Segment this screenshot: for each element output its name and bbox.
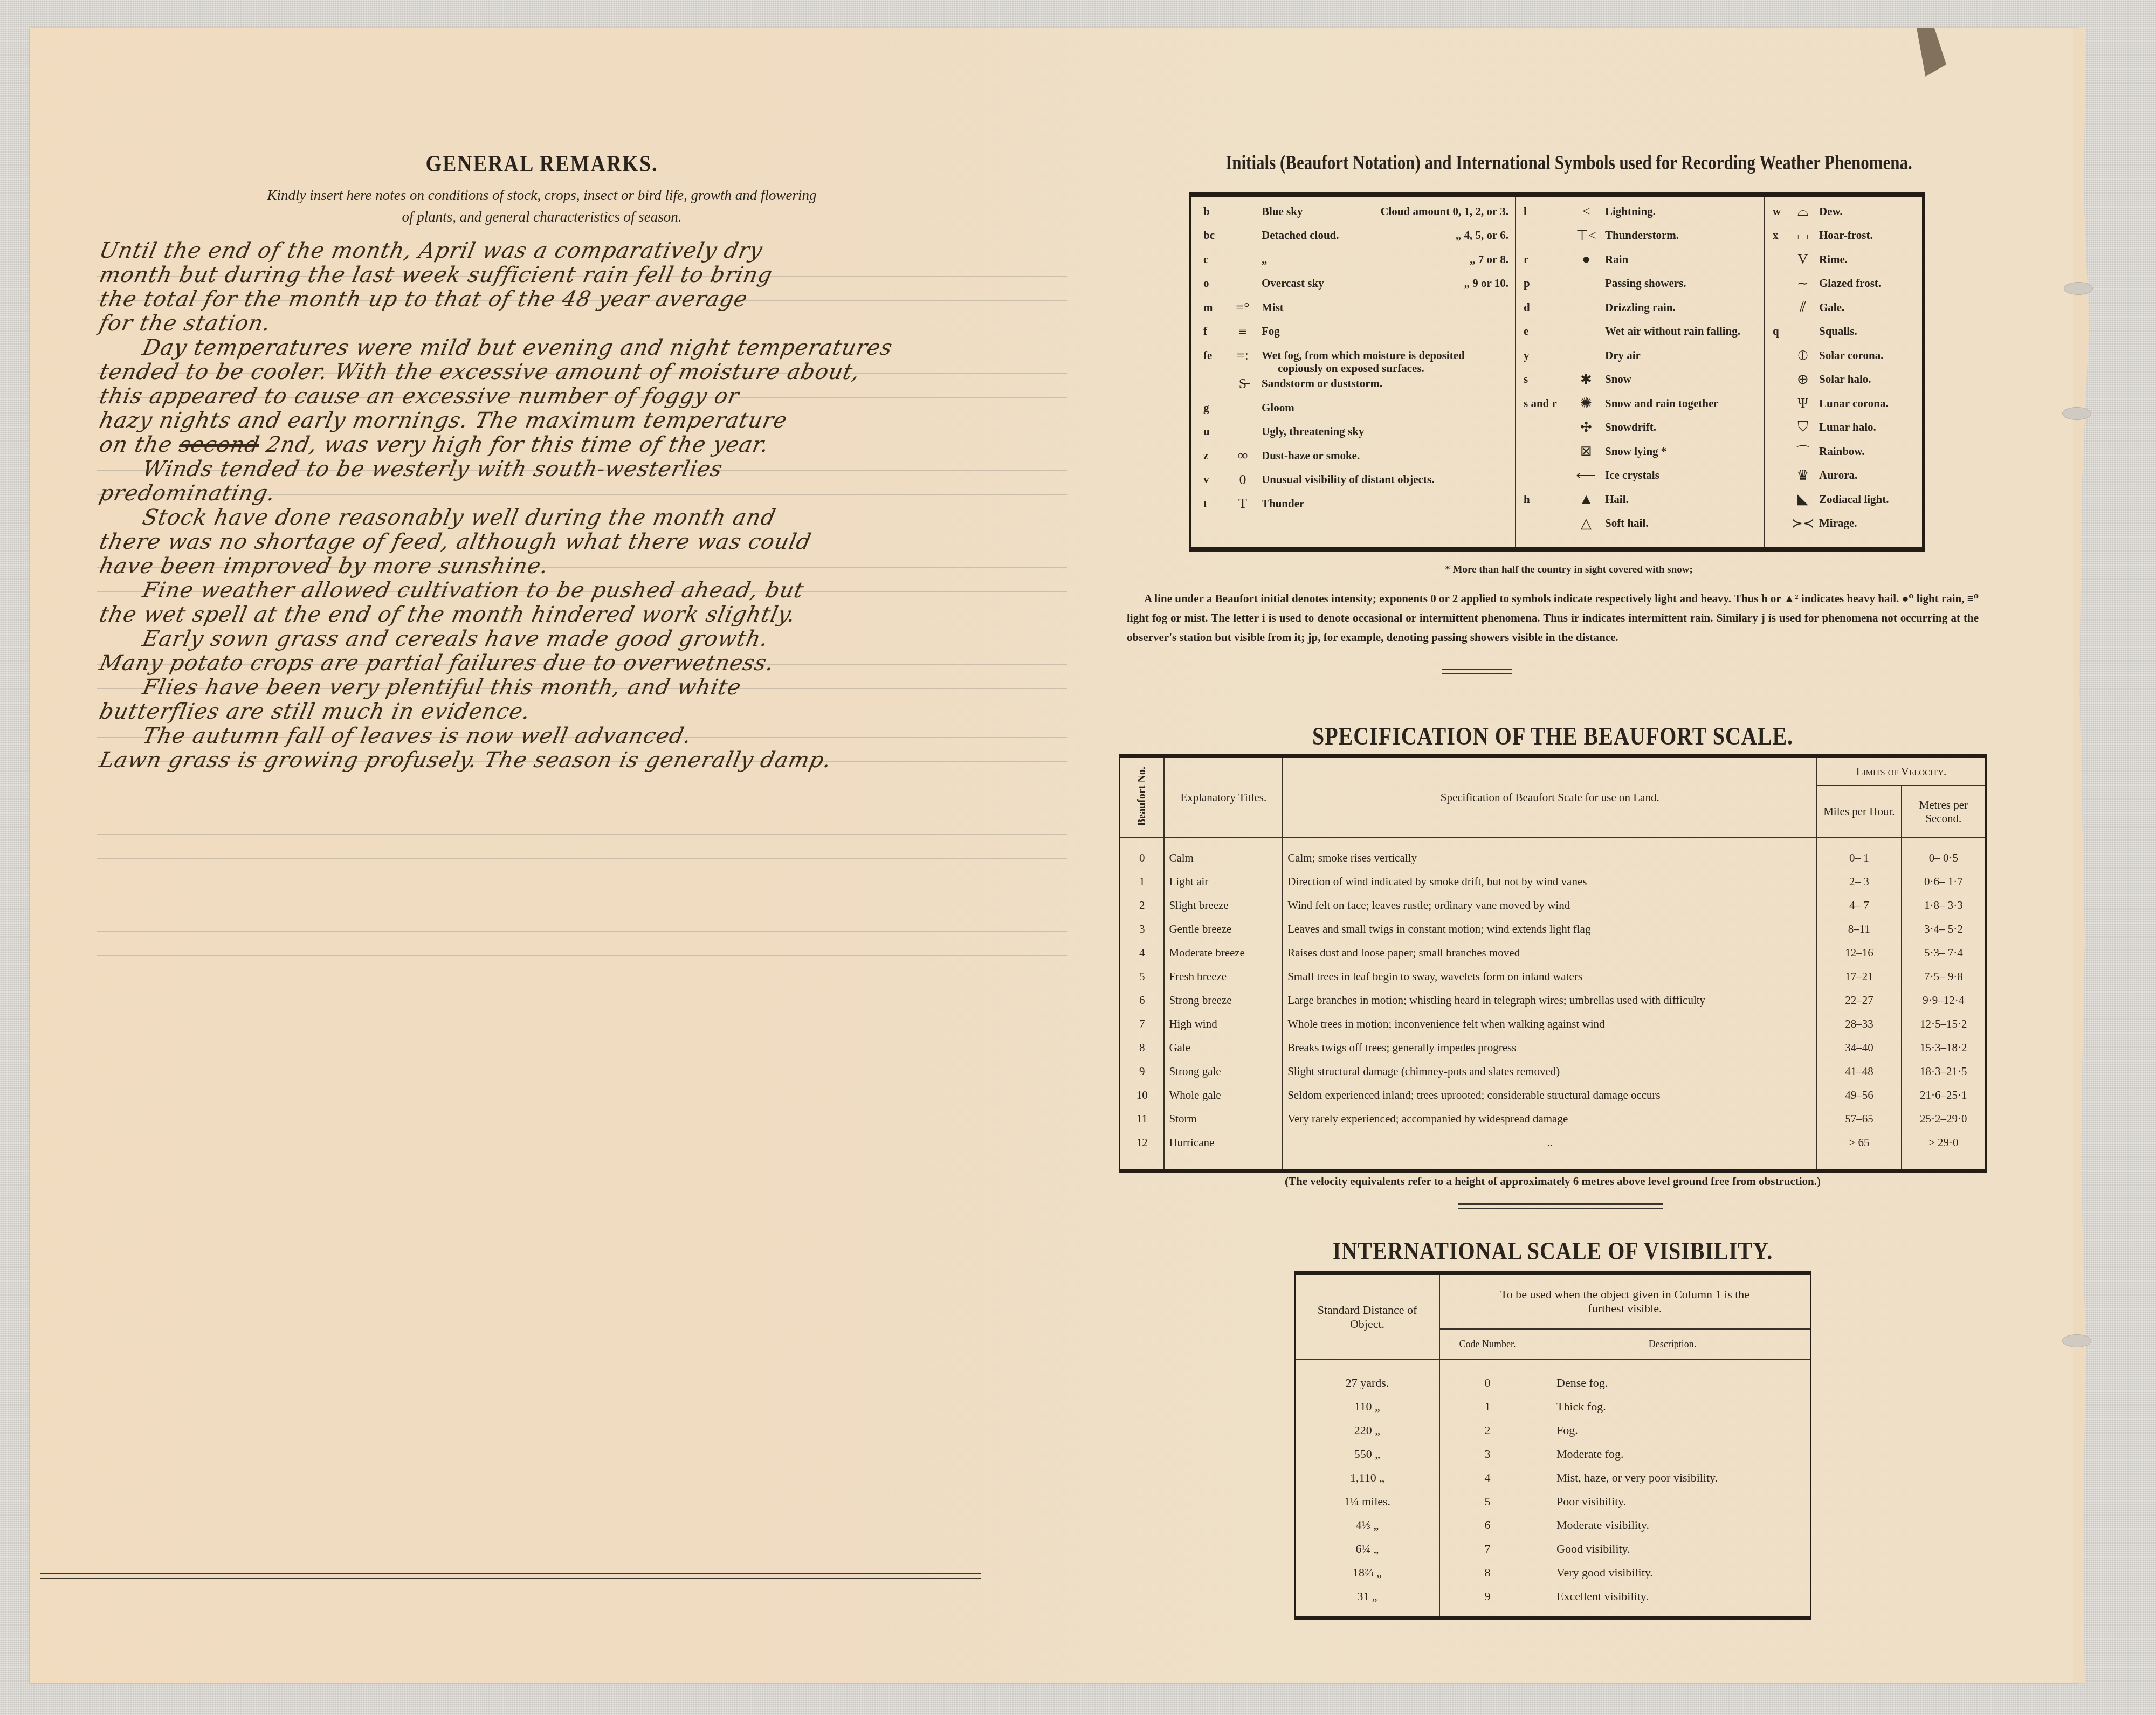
explanatory-title: Gale	[1164, 1036, 1283, 1059]
ruled-line	[97, 907, 1067, 907]
beaufort-row: 7High windWhole trees in motion; inconve…	[1120, 1012, 1986, 1036]
miles-per-hour: 17–21	[1817, 965, 1901, 988]
code-number: 6	[1439, 1513, 1535, 1537]
symbols-section-title: Initials (Beaufort Notation) and Interna…	[1121, 151, 2016, 174]
specification-text: Breaks twigs off trees; generally impede…	[1283, 1036, 1817, 1059]
header-mph: Miles per Hour.	[1817, 786, 1901, 838]
code-number: 7	[1439, 1537, 1535, 1561]
symbol-label: Hoar-frost.	[1819, 229, 1922, 242]
symbol-label: Solar corona.	[1819, 349, 1922, 362]
code-number: 5	[1439, 1490, 1535, 1513]
symbol-label: Snowdrift.	[1605, 421, 1764, 434]
miles-per-hour: 28–33	[1817, 1012, 1901, 1036]
standard-distance: 18⅔ „	[1295, 1561, 1440, 1585]
visibility-row: 18⅔ „8Very good visibility.	[1295, 1561, 1811, 1585]
symbol-label: Solar halo.	[1819, 373, 1922, 386]
initial-letter: g	[1191, 401, 1224, 415]
visibility-table: Standard Distance of Object. To be used …	[1294, 1271, 1811, 1620]
metres-per-second: > 29·0	[1902, 1131, 1986, 1172]
explanatory-title: Hurricane	[1164, 1131, 1283, 1172]
visibility-description: Good visibility.	[1535, 1537, 1811, 1561]
symbol-label: Hail.	[1605, 493, 1764, 506]
initial-letter: h	[1516, 493, 1567, 506]
weather-symbol-icon: ≡	[1224, 323, 1262, 340]
specification-text: Direction of wind indicated by smoke dri…	[1283, 870, 1817, 893]
visibility-row: 550 „3Moderate fog.	[1295, 1442, 1811, 1466]
specification-text: ..	[1283, 1131, 1817, 1172]
symbol-row: ΨLunar corona.	[1765, 395, 1922, 411]
initial-letter: y	[1516, 349, 1567, 362]
symbol-label: copiously on exposed surfaces.	[1262, 362, 1515, 375]
symbol-row: l<Lightning.	[1516, 203, 1764, 219]
symbol-row: ⊠Snow lying *	[1516, 443, 1764, 459]
symbol-label: Dry air	[1605, 349, 1764, 362]
punch-hole	[2062, 1334, 2091, 1347]
symbol-row: m≡°Mist	[1191, 299, 1515, 315]
miles-per-hour: 22–27	[1817, 988, 1901, 1012]
visibility-row: 220 „2Fog.	[1295, 1418, 1811, 1442]
weather-symbol-icon: △	[1567, 515, 1605, 532]
symbol-row: eWet air without rain falling.	[1516, 323, 1764, 340]
symbol-row: ⛉Lunar halo.	[1765, 419, 1922, 436]
symbol-label: Aurora.	[1819, 469, 1922, 482]
initial-letter: v	[1191, 473, 1224, 486]
miles-per-hour: 34–40	[1817, 1036, 1901, 1059]
initial-letter: e	[1516, 325, 1567, 338]
punch-hole	[2064, 282, 2093, 295]
symbol-row: ≻≺Mirage.	[1765, 515, 1922, 532]
metres-per-second: 0·6– 1·7	[1902, 870, 1986, 893]
weather-symbol-icon: ∼	[1787, 275, 1819, 292]
miles-per-hour: > 65	[1817, 1131, 1901, 1172]
initial-letter: bc	[1191, 229, 1224, 242]
ruled-line	[97, 810, 1067, 810]
handwritten-line: Winds tended to be westerly with south-w…	[140, 457, 1127, 481]
visibility-description: Fog.	[1535, 1418, 1811, 1442]
visibility-description: Very good visibility.	[1535, 1561, 1811, 1585]
weather-symbol-icon: ≻≺	[1787, 515, 1819, 532]
symbol-row: bcDetached cloud.„ 4, 5, or 6.	[1191, 228, 1515, 244]
metres-per-second: 3·4– 5·2	[1902, 917, 1986, 941]
beaufort-row: 8GaleBreaks twigs off trees; generally i…	[1120, 1036, 1986, 1059]
header-specification: Specification of Beaufort Scale for use …	[1283, 756, 1817, 838]
symbol-label: Dust-haze or smoke.	[1262, 449, 1515, 463]
initial-letter: f	[1191, 325, 1224, 338]
weather-symbol-icon: ⦶	[1787, 347, 1819, 364]
symbols-column-2: l<Lightning.⊤<Thunderstorm.r●RainpPassin…	[1516, 197, 1765, 547]
handwritten-line: predominating.	[97, 481, 1084, 506]
explanatory-title: Light air	[1164, 870, 1283, 893]
standard-distance: 4⅓ „	[1295, 1513, 1440, 1537]
handwritten-line: the wet spell at the end of the month hi…	[97, 602, 1084, 627]
ruled-line	[97, 883, 1067, 883]
beaufort-number: 2	[1120, 893, 1165, 917]
miles-per-hour: 57–65	[1817, 1107, 1901, 1131]
beaufort-title: SPECIFICATION OF THE BEAUFORT SCALE.	[1116, 721, 1989, 750]
symbol-label: Lunar corona.	[1819, 397, 1922, 410]
handwritten-line: Fine weather allowed cultivation to be p…	[140, 578, 1127, 603]
symbol-label: Soft hail.	[1605, 516, 1764, 530]
beaufort-row: 10Whole galeSeldom experienced inland; t…	[1120, 1083, 1986, 1107]
beaufort-number: 3	[1120, 917, 1165, 941]
beaufort-number: 10	[1120, 1083, 1165, 1107]
symbol-row: ⊤<Thunderstorm.	[1516, 228, 1764, 244]
weather-symbol-icon: 0	[1224, 472, 1262, 488]
miles-per-hour: 8–11	[1817, 917, 1901, 941]
symbol-label: Passing showers.	[1605, 277, 1764, 290]
handwritten-line: Flies have been very plentiful this mont…	[140, 675, 1127, 700]
weather-symbol-icon: ⌴	[1787, 227, 1819, 244]
symbol-row: f≡Fog	[1191, 323, 1515, 340]
weather-symbol-icon: ◣	[1787, 491, 1819, 507]
initial-letter: z	[1191, 449, 1224, 463]
code-number: 0	[1439, 1360, 1535, 1395]
beaufort-row: 9Strong galeSlight structural damage (ch…	[1120, 1059, 1986, 1083]
symbol-label: Gloom	[1262, 401, 1515, 415]
metres-per-second: 25·2–29·0	[1902, 1107, 1986, 1131]
handwritten-line: Day temperatures were mild but evening a…	[140, 335, 1127, 360]
ruled-line	[97, 931, 1067, 932]
standard-distance: 31 „	[1295, 1585, 1440, 1618]
initial-letter: b	[1191, 205, 1224, 218]
metres-per-second: 1·8– 3·3	[1902, 893, 1986, 917]
handwritten-line: month but during the last week sufficien…	[97, 263, 1084, 287]
handwritten-line: the total for the month up to that of th…	[97, 287, 1084, 312]
symbol-label: Drizzling rain.	[1605, 301, 1764, 314]
general-remarks-page: GENERAL REMARKS. Kindly insert here note…	[30, 28, 1054, 1683]
code-number: 4	[1439, 1466, 1535, 1490]
symbol-label: Rime.	[1819, 253, 1922, 266]
snow-footnote: * More than half the country in sight co…	[1121, 564, 2016, 576]
symbol-label: Sandstorm or duststorm.	[1262, 377, 1515, 390]
beaufort-number: 0	[1120, 838, 1165, 870]
header-standard-distance: Standard Distance of Object.	[1295, 1273, 1440, 1360]
symbol-label: Unusual visibility of distant objects.	[1262, 473, 1515, 486]
weather-symbol-icon: ●	[1567, 251, 1605, 267]
symbol-row: ✣Snowdrift.	[1516, 419, 1764, 436]
header-usage: To be used when the object given in Colu…	[1439, 1273, 1811, 1330]
symbols-column-1: bBlue skyCloud amount 0, 1, 2, or 3.bcDe…	[1191, 197, 1516, 547]
code-number: 2	[1439, 1418, 1535, 1442]
beaufort-number: 1	[1120, 870, 1165, 893]
symbol-row: S̶Sandstorm or duststorm.	[1191, 376, 1515, 392]
ruled-line	[97, 955, 1067, 956]
symbol-label: Lightning.	[1605, 205, 1764, 218]
weather-symbol-icon: ⫽	[1787, 299, 1819, 316]
explanatory-title: Strong gale	[1164, 1059, 1283, 1083]
explanatory-title: Gentle breeze	[1164, 917, 1283, 941]
handwritten-line: Early sown grass and cereals have made g…	[140, 626, 1127, 651]
section-divider	[1442, 669, 1512, 674]
beaufort-rows: 0CalmCalm; smoke rises vertically0– 10– …	[1120, 838, 1986, 1172]
symbol-row: ⌒Rainbow.	[1765, 443, 1922, 459]
symbol-label: Glazed frost.	[1819, 277, 1922, 290]
symbol-row: v0Unusual visibility of distant objects.	[1191, 472, 1515, 488]
weather-symbol-icon: S̶	[1224, 376, 1262, 392]
header-description: Description.	[1535, 1329, 1811, 1360]
weather-symbol-icon: ≡°	[1224, 299, 1262, 315]
visibility-rows: 27 yards.0Dense fog.110 „1Thick fog.220 …	[1295, 1360, 1811, 1618]
symbol-row: △Soft hail.	[1516, 515, 1764, 532]
symbol-row: ⫽Gale.	[1765, 299, 1922, 315]
visibility-description: Excellent visibility.	[1535, 1585, 1811, 1618]
symbol-label: Mirage.	[1819, 516, 1922, 530]
weather-symbol-icon: V	[1787, 251, 1819, 267]
specification-text: Small trees in leaf begin to sway, wavel…	[1283, 965, 1817, 988]
beaufort-row: 2Slight breezeWind felt on face; leaves …	[1120, 893, 1986, 917]
visibility-description: Dense fog.	[1535, 1360, 1811, 1395]
symbol-label: Ugly, threatening sky	[1262, 425, 1515, 438]
visibility-row: 110 „1Thick fog.	[1295, 1395, 1811, 1418]
weather-symbol-icon: Ψ	[1787, 395, 1819, 411]
standard-distance: 27 yards.	[1295, 1360, 1440, 1395]
handwritten-line: butterflies are still much in evidence.	[97, 699, 1084, 724]
symbol-row: pPassing showers.	[1516, 275, 1764, 292]
visibility-description: Thick fog.	[1535, 1395, 1811, 1418]
standard-distance: 220 „	[1295, 1418, 1440, 1442]
initial-letter: u	[1191, 425, 1224, 438]
explanatory-title: Whole gale	[1164, 1083, 1283, 1107]
code-number: 1	[1439, 1395, 1535, 1418]
handwritten-line: tended to be cooler. With the excessive …	[97, 360, 1084, 384]
velocity-footnote: (The velocity equivalents refer to a hei…	[1116, 1175, 1989, 1188]
symbol-row: bBlue skyCloud amount 0, 1, 2, or 3.	[1191, 203, 1515, 219]
weather-symbol-icon: ♛	[1787, 467, 1819, 484]
handwritten-line: have been improved by more sunshine.	[97, 554, 1084, 578]
beaufort-row: 5Fresh breezeSmall trees in leaf begin t…	[1120, 965, 1986, 988]
beaufort-number: 9	[1120, 1059, 1165, 1083]
weather-symbols-table: bBlue skyCloud amount 0, 1, 2, or 3.bcDe…	[1189, 192, 1925, 552]
beaufort-row: 0CalmCalm; smoke rises vertically0– 10– …	[1120, 838, 1986, 870]
specification-text: Large branches in motion; whistling hear…	[1283, 988, 1817, 1012]
handwritten-line: for the station.	[97, 311, 1084, 336]
metres-per-second: 7·5– 9·8	[1902, 965, 1986, 988]
cloud-amount: Cloud amount 0, 1, 2, or 3.	[1380, 205, 1508, 218]
specification-text: Leaves and small twigs in constant motio…	[1283, 917, 1817, 941]
beaufort-row: 11StormVery rarely experienced; accompan…	[1120, 1107, 1986, 1131]
visibility-row: 4⅓ „6Moderate visibility.	[1295, 1513, 1811, 1537]
weather-symbol-icon: ⛉	[1787, 419, 1819, 436]
symbol-row: h▲Hail.	[1516, 491, 1764, 507]
metres-per-second: 5·3– 7·4	[1902, 941, 1986, 965]
initial-letter: m	[1191, 301, 1224, 314]
miles-per-hour: 41–48	[1817, 1059, 1901, 1083]
visibility-row: 6¼ „7Good visibility.	[1295, 1537, 1811, 1561]
standard-distance: 1¼ miles.	[1295, 1490, 1440, 1513]
initial-letter: r	[1516, 253, 1567, 266]
standard-distance: 110 „	[1295, 1395, 1440, 1418]
initial-letter: c	[1191, 253, 1224, 266]
symbol-row: s and r✺Snow and rain together	[1516, 395, 1764, 411]
symbol-row: r●Rain	[1516, 251, 1764, 267]
symbols-column-3: w⌓Dew.x⌴Hoar-frost.VRime.∼Glazed frost.⫽…	[1765, 197, 1922, 547]
specification-text: Slight structural damage (chimney-pots a…	[1283, 1059, 1817, 1083]
symbol-row: z∞Dust-haze or smoke.	[1191, 447, 1515, 464]
weather-symbol-icon: ⟵	[1567, 467, 1605, 484]
beaufort-number: 5	[1120, 965, 1165, 988]
section-divider	[1458, 1203, 1663, 1209]
header-mps: Metres per Second.	[1902, 786, 1986, 838]
miles-per-hour: 4– 7	[1817, 893, 1901, 917]
miles-per-hour: 0– 1	[1817, 838, 1901, 870]
code-number: 9	[1439, 1585, 1535, 1618]
beaufort-number: 8	[1120, 1036, 1165, 1059]
symbol-row: uUgly, threatening sky	[1191, 424, 1515, 440]
explanatory-title: Moderate breeze	[1164, 941, 1283, 965]
symbol-label: Wet air without rain falling.	[1605, 325, 1764, 338]
specification-text: Very rarely experienced; accompanied by …	[1283, 1107, 1817, 1131]
beaufort-number: 12	[1120, 1131, 1165, 1172]
ruled-line	[97, 834, 1067, 835]
torn-edge	[2073, 28, 2095, 1683]
standard-distance: 6¼ „	[1295, 1537, 1440, 1561]
symbol-label: Snow and rain together	[1605, 397, 1764, 410]
handwritten-line: Until the end of the month, April was a …	[97, 238, 1084, 263]
notation-notes: A line under a Beaufort initial denotes …	[1127, 589, 1979, 647]
beaufort-row: 6Strong breezeLarge branches in motion; …	[1120, 988, 1986, 1012]
explanatory-title: Strong breeze	[1164, 988, 1283, 1012]
standard-distance: 550 „	[1295, 1442, 1440, 1466]
handwritten-line: there was no shortage of feed, although …	[97, 529, 1084, 554]
visibility-description: Moderate visibility.	[1535, 1513, 1811, 1537]
explanatory-title: Fresh breeze	[1164, 965, 1283, 988]
cloud-amount: „ 4, 5, or 6.	[1456, 229, 1508, 242]
symbol-label: Squalls.	[1819, 325, 1922, 338]
metres-per-second: 18·3–21·5	[1902, 1059, 1986, 1083]
standard-distance: 1,110 „	[1295, 1466, 1440, 1490]
metres-per-second: 9·9–12·4	[1902, 988, 1986, 1012]
symbol-row: ♛Aurora.	[1765, 467, 1922, 484]
symbol-label: Rainbow.	[1819, 445, 1922, 458]
specification-text: Whole trees in motion; inconvenience fel…	[1283, 1012, 1817, 1036]
explanatory-title: Slight breeze	[1164, 893, 1283, 917]
initial-letter: s	[1516, 373, 1567, 386]
beaufort-table: Beaufort No. Explanatory Titles. Specifi…	[1119, 754, 1987, 1173]
explanatory-title: High wind	[1164, 1012, 1283, 1036]
symbol-row: c „„ 7 or 8.	[1191, 251, 1515, 267]
punch-hole	[2062, 407, 2091, 420]
symbol-row: yDry air	[1516, 347, 1764, 363]
visibility-row: 27 yards.0Dense fog.	[1295, 1360, 1811, 1395]
initial-letter: o	[1191, 277, 1224, 290]
symbol-row: tTThunder	[1191, 495, 1515, 512]
metres-per-second: 0– 0·5	[1902, 838, 1986, 870]
visibility-description: Mist, haze, or very poor visibility.	[1535, 1466, 1811, 1490]
weather-symbol-icon: <	[1567, 203, 1605, 219]
symbol-label: Zodiacal light.	[1819, 493, 1922, 506]
symbol-label: Snow	[1605, 373, 1764, 386]
cloud-amount: „ 7 or 8.	[1470, 253, 1508, 266]
miles-per-hour: 2– 3	[1817, 870, 1901, 893]
header-code-number: Code Number.	[1439, 1329, 1535, 1360]
header-limits-velocity: Limits of Velocity.	[1817, 756, 1986, 786]
weather-symbol-icon: T	[1224, 495, 1262, 512]
beaufort-row: 3Gentle breezeLeaves and small twigs in …	[1120, 917, 1986, 941]
symbol-label: Fog	[1262, 325, 1515, 338]
beaufort-row: 1Light airDirection of wind indicated by…	[1120, 870, 1986, 893]
symbol-row: ∼Glazed frost.	[1765, 275, 1922, 292]
weather-symbol-icon: ⊕	[1787, 371, 1819, 388]
initial-letter: p	[1516, 277, 1567, 290]
symbol-label: Gale.	[1819, 301, 1922, 314]
ruled-line	[97, 858, 1067, 859]
initial-letter: x	[1765, 229, 1787, 242]
weather-symbol-icon: ✱	[1567, 371, 1605, 388]
specification-text: Calm; smoke rises vertically	[1283, 838, 1817, 870]
handwritten-line: hazy nights and early mornings. The maxi…	[97, 408, 1084, 433]
symbol-row: gGloom	[1191, 400, 1515, 416]
weather-symbol-icon: ⊠	[1567, 443, 1605, 459]
miles-per-hour: 49–56	[1817, 1083, 1901, 1107]
symbol-row: VRime.	[1765, 251, 1922, 267]
miles-per-hour: 12–16	[1817, 941, 1901, 965]
symbol-row: copiously on exposed surfaces.	[1191, 360, 1515, 376]
symbol-label: Dew.	[1819, 205, 1922, 218]
symbol-row: ⦶Solar corona.	[1765, 347, 1922, 363]
initial-letter: l	[1516, 205, 1567, 218]
symbol-row: dDrizzling rain.	[1516, 299, 1764, 315]
metres-per-second: 21·6–25·1	[1902, 1083, 1986, 1107]
symbol-label: Thunderstorm.	[1605, 229, 1764, 242]
visibility-title: INTERNATIONAL SCALE OF VISIBILITY.	[1116, 1236, 1989, 1265]
handwritten-line: this appeared to cause an excessive numb…	[97, 384, 1084, 409]
explanatory-title: Storm	[1164, 1107, 1283, 1131]
weather-symbol-icon: ⊤<	[1567, 228, 1605, 244]
initial-letter: s and r	[1516, 397, 1567, 410]
initial-letter: t	[1191, 497, 1224, 511]
symbol-row: w⌓Dew.	[1765, 203, 1922, 219]
document-sheet: GENERAL REMARKS. Kindly insert here note…	[30, 28, 2078, 1683]
specification-text: Wind felt on face; leaves rustle; ordina…	[1283, 893, 1817, 917]
symbol-row: ◣Zodiacal light.	[1765, 491, 1922, 507]
specification-text: Seldom experienced inland; trees uproote…	[1283, 1083, 1817, 1107]
header-beaufort-no: Beaufort No.	[1120, 756, 1165, 838]
symbol-row: oOvercast sky„ 9 or 10.	[1191, 275, 1515, 292]
weather-symbol-icon: ✣	[1567, 419, 1605, 436]
bottom-double-rule	[40, 1573, 981, 1579]
symbol-label: Thunder	[1262, 497, 1515, 511]
symbol-row: s✱Snow	[1516, 371, 1764, 388]
general-remarks-instructions: Kindly insert here notes on conditions o…	[170, 184, 914, 228]
handwritten-line: on the second 2nd, was very high for thi…	[97, 432, 1084, 457]
ruled-line	[97, 786, 1067, 786]
weather-symbol-icon: ⌒	[1787, 442, 1819, 462]
symbol-row: ⊕Solar halo.	[1765, 371, 1922, 388]
visibility-description: Poor visibility.	[1535, 1490, 1811, 1513]
handwritten-line: Lawn grass is growing profusely. The sea…	[97, 748, 1084, 773]
initial-letter: d	[1516, 301, 1567, 314]
symbol-row: qSqualls.	[1765, 323, 1922, 340]
initial-letter: w	[1765, 205, 1787, 218]
symbol-row: x⌴Hoar-frost.	[1765, 228, 1922, 244]
code-number: 3	[1439, 1442, 1535, 1466]
handwritten-line: Stock have done reasonably well during t…	[140, 505, 1127, 530]
beaufort-row: 12Hurricane..> 65> 29·0	[1120, 1131, 1986, 1172]
symbol-label: Lunar halo.	[1819, 421, 1922, 434]
symbol-label: Ice crystals	[1605, 469, 1764, 482]
symbol-label: Mist	[1262, 301, 1515, 314]
specification-text: Raises dust and loose paper; small branc…	[1283, 941, 1817, 965]
explanatory-title: Calm	[1164, 838, 1283, 870]
visibility-row: 1,110 „4Mist, haze, or very poor visibil…	[1295, 1466, 1811, 1490]
symbol-label: Rain	[1605, 253, 1764, 266]
beaufort-number: 7	[1120, 1012, 1165, 1036]
handwritten-line: Many potato crops are partial failures d…	[97, 651, 1084, 676]
header-explanatory-titles: Explanatory Titles.	[1164, 756, 1283, 838]
initial-letter: q	[1765, 325, 1787, 338]
weather-symbol-icon: ⌓	[1787, 203, 1819, 220]
visibility-description: Moderate fog.	[1535, 1442, 1811, 1466]
